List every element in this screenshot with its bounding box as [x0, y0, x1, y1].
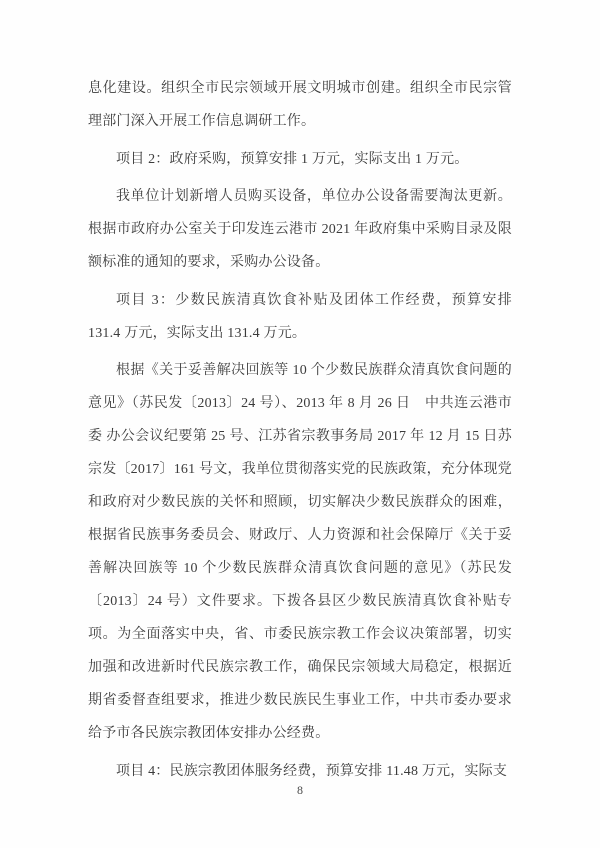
paragraph-minority-subsidy-detail: 根据《关于妥善解决回族等 10 个少数民族群众清真饮食问题的意见》（苏民发〔20… — [88, 354, 512, 750]
paragraph-continuation: 息化建设。组织全市民宗领域开展文明城市创建。组织全市民宗管理部门深入开展工作信息… — [88, 72, 512, 138]
page-number: 8 — [0, 782, 600, 798]
paragraph-project-3: 项目 3：少数民族清真饮食补贴及团体工作经费，预算安排 131.4 万元，实际支… — [88, 284, 512, 350]
page-body-text: 息化建设。组织全市民宗领域开展文明城市创建。组织全市民宗管理部门深入开展工作信息… — [88, 72, 512, 792]
document-page: 息化建设。组织全市民宗领域开展文明城市创建。组织全市民宗管理部门深入开展工作信息… — [0, 0, 600, 848]
paragraph-procurement-detail: 我单位计划新增人员购买设备，单位办公设备需要淘汰更新。根据市政府办公室关于印发连… — [88, 180, 512, 279]
paragraph-project-2: 项目 2：政府采购，预算安排 1 万元，实际支出 1 万元。 — [88, 143, 512, 176]
